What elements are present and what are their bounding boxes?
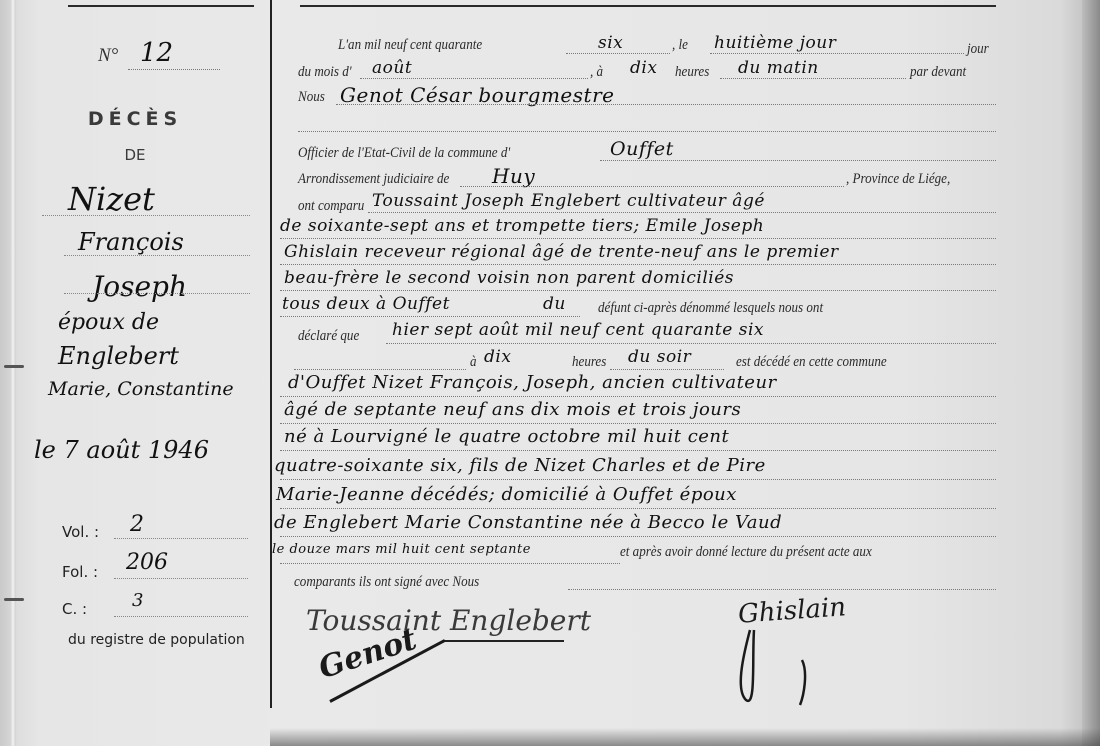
- handwritten-arrondissement: Huy: [492, 164, 535, 188]
- record-number-label: N°: [98, 45, 118, 67]
- text: , à: [590, 64, 603, 81]
- text: Arrondissement judiciaire de: [298, 171, 449, 188]
- dotted-line: [568, 589, 996, 590]
- dotted-line: [280, 479, 996, 480]
- handwritten-line: quatre-soixante six, fils de Nizet Charl…: [274, 455, 766, 476]
- text: du mois d': [298, 64, 352, 81]
- document-page: N° 12 DÉCÈS DE Nizet François Joseph épo…: [0, 0, 1100, 746]
- dotted-line: [280, 290, 996, 291]
- handwritten-line: né à Lourvigné le quatre octobre mil hui…: [284, 426, 729, 447]
- handwritten-line: de Englebert Marie Constantine née à Bec…: [274, 512, 782, 533]
- heading-de: DE: [0, 146, 295, 164]
- signature-underline: [444, 640, 564, 642]
- dotted-line: [280, 563, 620, 564]
- dotted-line: [360, 78, 588, 79]
- handwritten-line: âgé de septante neuf ans dix mois et tro…: [284, 399, 741, 420]
- dotted-line: [610, 369, 724, 370]
- margin-column: N° 12 DÉCÈS DE Nizet François Joseph épo…: [0, 0, 270, 746]
- dotted-line: [280, 316, 580, 317]
- handwritten-hour: dix: [484, 347, 511, 367]
- register-footer: du registre de population: [68, 632, 245, 648]
- text: est décédé en cette commune: [736, 354, 887, 371]
- text: , le: [672, 37, 688, 54]
- record-number: 12: [140, 38, 173, 68]
- dotted-line: [294, 369, 466, 370]
- dotted-line: [128, 69, 220, 70]
- dotted-line: [386, 343, 996, 344]
- dotted-line: [368, 212, 996, 213]
- dotted-line: [64, 293, 250, 294]
- text: par devant: [910, 64, 966, 81]
- column-divider: [270, 0, 272, 708]
- signature-declarant-1: Toussaint Englebert: [306, 604, 591, 637]
- dotted-line: [280, 238, 996, 239]
- dotted-line: [114, 538, 248, 539]
- text: Officier de l'Etat-Civil de la commune d…: [298, 145, 510, 162]
- margin-line-5: Englebert: [58, 342, 179, 370]
- page-shadow: [270, 728, 1100, 746]
- handwritten-death-date: hier sept août mil neuf cent quarante si…: [392, 320, 764, 340]
- handwritten-line: du: [543, 294, 566, 314]
- fol-value: 206: [126, 550, 168, 575]
- handwritten-line: de soixante-sept ans et trompette tiers;…: [280, 216, 764, 236]
- text: déclaré que: [298, 328, 359, 345]
- text: , Province de Liége,: [846, 171, 950, 188]
- handwritten-commune: Ouffet: [610, 138, 674, 160]
- dotted-line: [64, 255, 250, 256]
- deceased-surname: Nizet: [68, 180, 155, 218]
- text: à: [470, 354, 477, 371]
- dotted-line: [298, 131, 996, 132]
- handwritten-time-of-day: du soir: [628, 347, 691, 367]
- dotted-line: [280, 423, 996, 424]
- handwritten-line: d'Ouffet Nizet François, Joseph, ancien …: [288, 372, 777, 393]
- page-edge: [1082, 0, 1100, 746]
- dotted-line: [566, 53, 670, 54]
- c-value: 3: [132, 590, 143, 611]
- fol-label: Fol. :: [62, 563, 98, 581]
- text: heures: [675, 64, 709, 81]
- margin-line-4: époux de: [58, 310, 159, 335]
- c-label: C. :: [62, 600, 87, 618]
- handwritten-line: le douze mars mil huit cent septante: [272, 542, 531, 557]
- dotted-line: [336, 104, 996, 105]
- handwritten-line: Ghislain receveur régional âgé de trente…: [284, 242, 839, 262]
- vol-label: Vol. :: [62, 523, 99, 541]
- dotted-line: [114, 578, 248, 579]
- signature-scrawl-icon: [730, 600, 840, 710]
- top-rule: [300, 5, 996, 7]
- dotted-line: [280, 508, 996, 509]
- dotted-line: [280, 264, 996, 265]
- dotted-line: [280, 536, 996, 537]
- dotted-line: [720, 78, 906, 79]
- text: ont comparu: [298, 198, 364, 215]
- handwritten-declarant-1: Toussaint Joseph Englebert cultivateur â…: [372, 191, 765, 211]
- margin-line-6: Marie, Constantine: [48, 378, 234, 400]
- dotted-line: [42, 215, 250, 216]
- dotted-line: [280, 450, 996, 451]
- text: défunt ci-après dénommé lesquels nous on…: [598, 300, 823, 317]
- handwritten-line: tous deux à Ouffet: [282, 294, 450, 314]
- heading-deces: DÉCÈS: [0, 108, 295, 130]
- deceased-given-name-1: François: [78, 228, 184, 256]
- handwritten-year: six: [598, 33, 623, 53]
- text: heures: [572, 354, 606, 371]
- text: L'an mil neuf cent quarante: [338, 37, 482, 54]
- text: et après avoir donné lecture du présent …: [620, 544, 872, 561]
- text: jour: [967, 41, 989, 58]
- text: comparants ils ont signé avec Nous: [294, 574, 479, 591]
- dotted-line: [710, 53, 964, 54]
- dotted-line: [114, 616, 248, 617]
- handwritten-time-of-day: du matin: [738, 58, 819, 78]
- handwritten-line: Marie-Jeanne décédés; domicilié à Ouffet…: [276, 484, 737, 505]
- death-date: le 7 août 1946: [34, 436, 209, 464]
- handwritten-day: huitième jour: [714, 33, 836, 53]
- vol-value: 2: [130, 512, 144, 537]
- handwritten-month: août: [372, 58, 412, 78]
- dotted-line: [600, 160, 996, 161]
- handwritten-hour: dix: [630, 58, 657, 78]
- text: Nous: [298, 89, 325, 106]
- handwritten-line: beau-frère le second voisin non parent d…: [284, 268, 734, 288]
- deceased-given-name-2: Joseph: [92, 270, 187, 303]
- dotted-line: [460, 186, 844, 187]
- dotted-line: [280, 396, 996, 397]
